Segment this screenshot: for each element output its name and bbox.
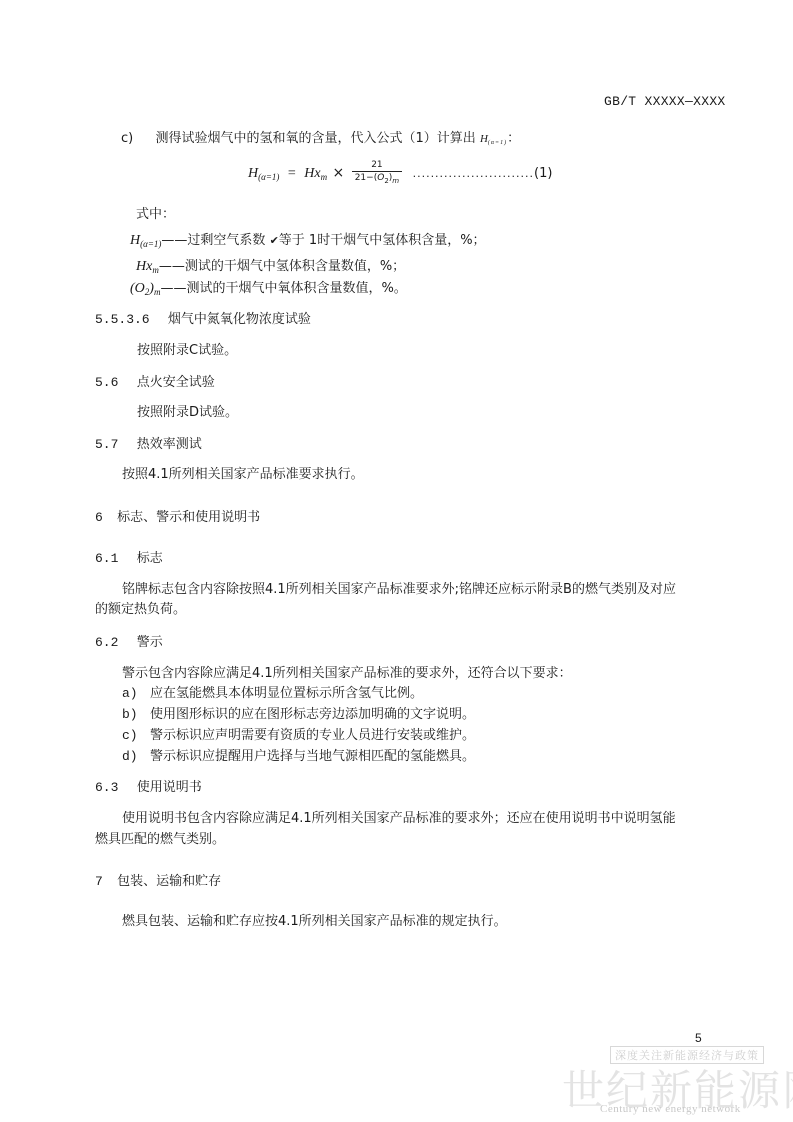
formula-number: (1) <box>534 166 552 181</box>
section-title: 使用说明书 <box>137 780 202 795</box>
section-number: 6.1 <box>95 551 118 566</box>
formula-leader-dots: ........................... <box>413 167 534 180</box>
section-heading-5-5-3-6: 5.5.3.6 烟气中氮氧化物浓度试验 <box>95 311 311 329</box>
section-title: 点火安全试验 <box>137 375 215 390</box>
list-item-b: b)使用图形标识的应在图形标志旁边添加明确的文字说明。 <box>122 706 475 724</box>
section-body-6-1-line1: 铭牌标志包含内容除按照4.1所列相关国家产品标准要求外;铭牌还应标示附录B的燃气… <box>122 581 676 599</box>
list-text: 警示标识应声明需要有资质的专业人员进行安装或维护。 <box>150 728 475 743</box>
formula-times: × <box>333 165 345 181</box>
section-number: 6.3 <box>95 780 118 795</box>
formula-term: Hx <box>304 166 320 181</box>
section-intro-6-2: 警示包含内容除应满足4.1所列相关国家产品标准的要求外，还符合以下要求： <box>122 665 572 683</box>
section-body-6-1-line2: 的额定热负荷。 <box>95 601 186 619</box>
def-text-2: 等于 1时干烟气中氢体积含量，%； <box>279 233 486 248</box>
chapter-number: 6 <box>95 510 103 525</box>
checkmark-icon: ✔ <box>270 234 279 247</box>
fraction-denominator: 21−(O2)m <box>352 171 402 188</box>
formula-lhs: H <box>248 166 258 181</box>
section-title: 热效率测试 <box>137 437 202 452</box>
section-body-6-3-line1: 使用说明书包含内容除应满足4.1所列相关国家产品标准的要求外；还应在使用说明书中… <box>122 810 676 828</box>
section-number: 5.5.3.6 <box>95 312 150 327</box>
formula-term-sub: m <box>321 172 328 182</box>
symbol-h-sub: (α=1) <box>488 140 507 146</box>
colon: ： <box>507 131 520 146</box>
section-body-5-7: 按照4.1所列相关国家产品标准要求执行。 <box>122 466 364 484</box>
list-text: 警示标识应提醒用户选择与当地气源相匹配的氢能燃具。 <box>150 749 475 764</box>
section-number: 5.7 <box>95 437 118 452</box>
list-label: a) <box>122 685 150 703</box>
section-title: 标志 <box>137 551 163 566</box>
section-number: 6.2 <box>95 635 118 650</box>
def-text: ——测试的干烟气中氢体积含量数值，%； <box>159 259 405 274</box>
denominator-prefix: 21−( <box>355 173 378 183</box>
section-heading-5-7: 5.7 热效率测试 <box>95 436 202 454</box>
symbol-h: H <box>480 133 488 145</box>
def-text: ——过剩空气系数 <box>161 233 265 248</box>
def-symbol: (O <box>130 281 145 296</box>
chapter-title: 标志、警示和使用说明书 <box>117 510 260 525</box>
section-body-5-5-3-6: 按照附录C试验。 <box>137 342 237 360</box>
list-item-c: c) 测得试验烟气中的氢和氧的含量，代入公式（1）计算出 H(α=1)： <box>121 130 520 152</box>
section-body-5-6: 按照附录D试验。 <box>137 404 238 422</box>
watermark-english: Century new energy network <box>600 1103 741 1115</box>
def-symbol: H <box>130 233 140 248</box>
section-heading-6-3: 6.3 使用说明书 <box>95 779 202 797</box>
formula-1: H(α=1) = Hxm × 21 21−(O2)m .............… <box>248 158 552 192</box>
section-title: 烟气中氮氧化物浓度试验 <box>168 312 311 327</box>
section-heading-6-2: 6.2 警示 <box>95 634 163 652</box>
section-number: 5.6 <box>95 375 118 390</box>
section-title: 警示 <box>137 635 163 650</box>
definition-h-alpha: H(α=1)——过剩空气系数 ✔等于 1时干烟气中氢体积含量，%； <box>130 232 486 253</box>
chapter-number: 7 <box>95 874 103 889</box>
fraction-numerator: 21 <box>352 159 402 171</box>
chapter-body-7: 燃具包装、运输和贮存应按4.1所列相关国家产品标准的规定执行。 <box>122 913 507 931</box>
list-label: c) <box>121 131 133 146</box>
section-heading-6-1: 6.1 标志 <box>95 550 163 568</box>
document-code: GB/T XXXXX—XXXX <box>604 94 726 109</box>
def-symbol-sub: (α=1) <box>140 239 161 249</box>
list-item-c: c)警示标识应声明需要有资质的专业人员进行安装或维护。 <box>122 727 475 745</box>
chapter-heading-7: 7 包装、运输和贮存 <box>95 873 221 891</box>
list-text: 使用图形标识的应在图形标志旁边添加明确的文字说明。 <box>150 707 475 722</box>
chapter-heading-6: 6 标志、警示和使用说明书 <box>95 509 260 527</box>
formula-equals: = <box>288 166 296 181</box>
definition-hx-m: Hxm——测试的干烟气中氢体积含量数值，%； <box>136 258 405 279</box>
list-item-d: d)警示标识应提醒用户选择与当地气源相匹配的氢能燃具。 <box>122 748 475 766</box>
list-label: c) <box>122 727 150 745</box>
list-text: 测得试验烟气中的氢和氧的含量，代入公式（1）计算出 <box>156 131 476 146</box>
chapter-title: 包装、运输和贮存 <box>117 874 221 889</box>
formula-fraction: 21 21−(O2)m <box>352 159 402 188</box>
def-symbol: Hx <box>136 259 152 274</box>
page-number: 5 <box>695 1031 702 1045</box>
list-text: 应在氢能燃具本体明显位置标示所含氢气比例。 <box>150 686 423 701</box>
section-heading-5-6: 5.6 点火安全试验 <box>95 374 215 392</box>
definition-o2-m: (O2)m——测试的干烟气中氧体积含量数值，%。 <box>130 280 407 301</box>
formula-lhs-sub: (α=1) <box>258 172 279 182</box>
list-label: b) <box>122 706 150 724</box>
list-item-a: a)应在氢能燃具本体明显位置标示所含氢气比例。 <box>122 685 423 703</box>
denominator-m: m <box>392 176 399 184</box>
def-text: ——测试的干烟气中氧体积含量数值，%。 <box>160 281 406 296</box>
where-label: 式中： <box>136 206 175 224</box>
section-body-6-3-line2: 燃具匹配的燃气类别。 <box>95 831 225 849</box>
list-label: d) <box>122 748 150 766</box>
